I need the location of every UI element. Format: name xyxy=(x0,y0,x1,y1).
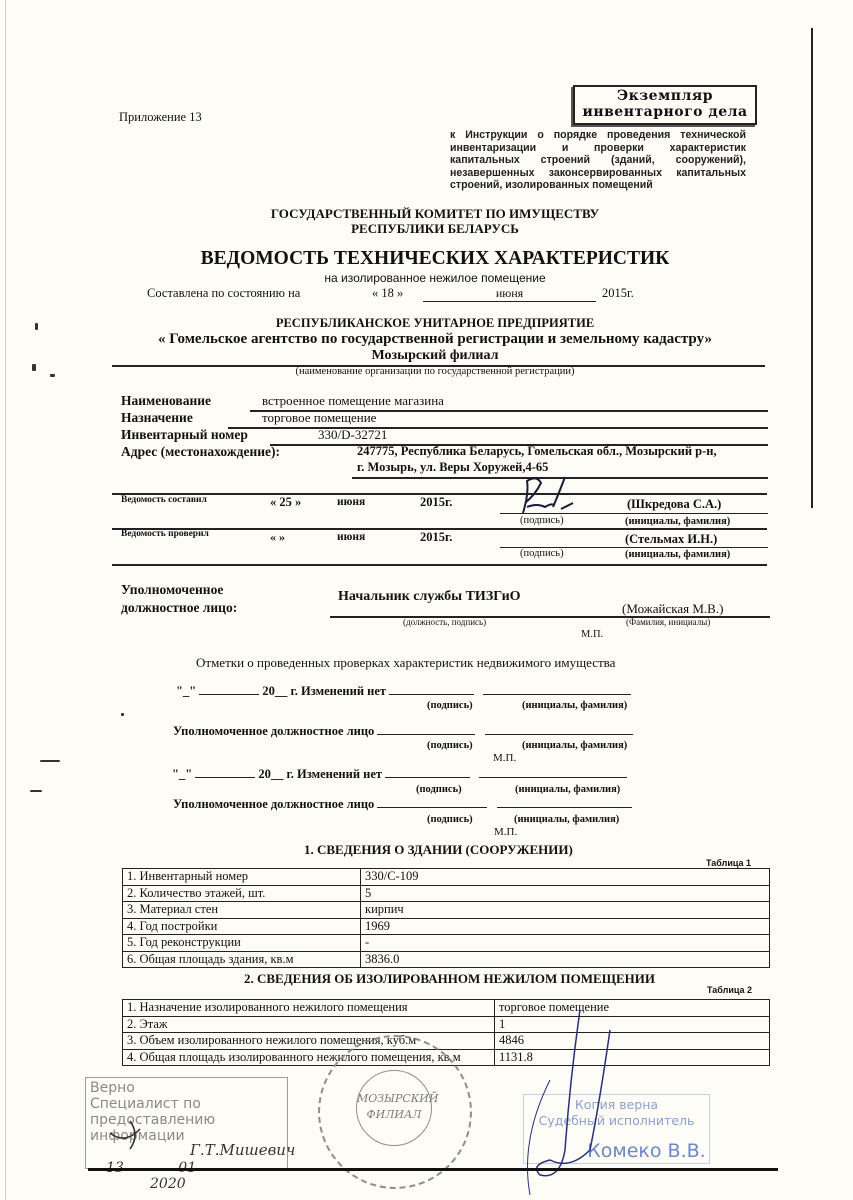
checked-year: 2015г. xyxy=(420,530,452,545)
table-row: 3. Материал стенкирпич xyxy=(123,902,770,919)
official-signature-blank[interactable] xyxy=(377,734,475,735)
organization-caption: (наименование организации по государстве… xyxy=(200,366,670,377)
compiled-day: « 25 » xyxy=(270,495,301,510)
document-subtitle: на изолированное нежилое помещение xyxy=(200,271,670,285)
table-row: 1. Инвентарный номер330/C-109 xyxy=(123,869,770,886)
purpose-value: торговое помещение xyxy=(262,410,376,426)
checker-name: (Стельмах И.Н.) xyxy=(625,532,717,547)
row-label: 3. Объем изолированного нежилого помещен… xyxy=(123,1033,495,1050)
signature-caption: (подпись) xyxy=(427,814,473,825)
authority-line: ГОСУДАРСТВЕННЫЙ КОМИТЕТ ПО ИМУЩЕСТВУ xyxy=(160,206,710,221)
check-1-official: Уполномоченное должностное лицо xyxy=(173,724,633,739)
table-row: 6. Общая площадь здания, кв.м3836.0 xyxy=(123,951,770,968)
scan-edge-left xyxy=(5,0,6,1200)
margin-mark xyxy=(50,374,55,377)
compiled-month: июня xyxy=(337,496,365,508)
name-label: Наименование xyxy=(121,393,211,409)
copy-stamp-line: Экземпляр xyxy=(575,88,755,104)
row-value: 330/C-109 xyxy=(361,869,770,886)
checked-day: « » xyxy=(270,530,285,545)
row-label: 5. Год реконструкции xyxy=(123,935,361,952)
official-label: Уполномоченное должностное лицо xyxy=(173,724,374,738)
signature-caption: (подпись) xyxy=(520,548,564,559)
name-caption: (Фамилия, инициалы) xyxy=(626,617,710,627)
authorized-label-1: Уполномоченное xyxy=(121,582,223,598)
check-signature-blank[interactable] xyxy=(385,777,470,778)
check-date-month-blank[interactable] xyxy=(199,694,259,695)
official-label: Уполномоченное должностное лицо xyxy=(173,797,374,811)
row-label: 1. Назначение изолированного нежилого по… xyxy=(123,1000,495,1017)
checked-month: июня xyxy=(337,531,365,543)
check-2-date: "_" 20__ г. Изменений нет xyxy=(172,767,627,782)
signature-caption: (подпись) xyxy=(427,740,473,751)
name-caption: (инициалы, фамилия) xyxy=(515,784,620,795)
row-label: 3. Материал стен xyxy=(123,902,361,919)
authority-line: РЕСПУБЛИКИ БЕЛАРУСЬ xyxy=(160,221,710,236)
cert-signature-mark xyxy=(100,1115,160,1155)
compiled-label: Ведомость составил xyxy=(121,495,207,505)
name-caption: (инициалы, фамилия) xyxy=(522,740,627,751)
table-row: 5. Год реконструкции- xyxy=(123,935,770,952)
table-row: 2. Количество этажей, шт.5 xyxy=(123,885,770,902)
official-signature-blank[interactable] xyxy=(377,807,487,808)
scan-edge-line xyxy=(811,28,813,508)
inventory-number-value: 330/D-32721 xyxy=(318,427,387,443)
signature-caption: (подпись) xyxy=(416,784,462,795)
seal-place: М.П. xyxy=(581,629,603,640)
table-row: 4. Год постройки1969 xyxy=(123,918,770,935)
divider xyxy=(228,427,768,429)
cert-signer: Г.Т.Мишевич xyxy=(190,1142,283,1158)
table2-caption: Таблица 2 xyxy=(707,985,752,995)
margin-mark xyxy=(40,760,60,762)
compiled-year: 2015г. xyxy=(420,495,452,510)
signature-caption: (подпись) xyxy=(520,515,564,526)
check-date-day: "_" xyxy=(172,767,192,781)
row-label: 4. Год постройки xyxy=(123,918,361,935)
check-name-blank[interactable] xyxy=(483,694,631,695)
margin-mark xyxy=(121,713,124,716)
authority-heading: ГОСУДАРСТВЕННЫЙ КОМИТЕТ ПО ИМУЩЕСТВУ РЕС… xyxy=(160,206,710,236)
signature-caption: (подпись) xyxy=(427,700,473,711)
name-value: встроенное помещение магазина xyxy=(262,393,444,409)
checks-title: Отметки о проведенных проверках характер… xyxy=(196,655,615,671)
authorized-label-2: должностное лицо: xyxy=(121,600,237,616)
document-title: ВЕДОМОСТЬ ТЕХНИЧЕСКИХ ХАРАКТЕРИСТИК xyxy=(120,248,750,270)
official-name-blank[interactable] xyxy=(497,807,632,808)
authorized-name: (Можайская М.В.) xyxy=(622,601,723,617)
table-row: 1. Назначение изолированного нежилого по… xyxy=(123,1000,770,1017)
name-caption: (инициалы, фамилия) xyxy=(625,516,730,527)
row-value: кирпич xyxy=(361,902,770,919)
name-caption: (инициалы, фамилия) xyxy=(522,700,627,711)
seal-text: ФИЛИАЛ xyxy=(357,1107,431,1123)
cert-date-year: 2020 xyxy=(150,1176,186,1192)
row-label: 2. Этаж xyxy=(123,1016,495,1033)
table1-caption: Таблица 1 xyxy=(706,858,751,868)
row-value: - xyxy=(361,935,770,952)
address-line-1: 247775, Республика Беларусь, Гомельская … xyxy=(357,444,717,459)
state-date-year: 2015г. xyxy=(602,286,634,301)
row-label: 6. Общая площадь здания, кв.м xyxy=(123,951,361,968)
check-date-month-blank[interactable] xyxy=(195,777,255,778)
name-caption: (инициалы, фамилия) xyxy=(625,549,730,560)
organization-name: « Гомельское агентство по государственно… xyxy=(120,331,750,348)
margin-mark xyxy=(35,323,38,330)
check-signature-blank[interactable] xyxy=(389,694,474,695)
margin-mark xyxy=(32,364,36,371)
appendix-label: Приложение 13 xyxy=(119,110,202,125)
divider xyxy=(500,513,768,514)
margin-mark xyxy=(30,790,42,792)
state-date-label: Составлена по состоянию на xyxy=(147,286,300,301)
divider xyxy=(112,564,767,566)
seal-text: МОЗЫРСКИЙ xyxy=(357,1091,431,1107)
name-caption: (инициалы, фамилия) xyxy=(514,814,619,825)
seal-place: М.П. xyxy=(493,752,516,764)
position-caption: (должность, подпись) xyxy=(403,617,486,627)
instruction-reference: к Инструкции о порядке проведения технич… xyxy=(450,129,746,192)
copy-stamp-line: инвентарного дела xyxy=(575,104,755,120)
official-name-blank[interactable] xyxy=(485,734,633,735)
inventory-copy-stamp: Экземпляр инвентарного дела xyxy=(573,85,757,125)
state-date-day: « 18 » xyxy=(372,286,403,301)
check-2-official: Уполномоченное должностное лицо xyxy=(173,797,632,812)
compiler-name: (Шкредова С.А.) xyxy=(627,497,721,512)
seal-place: М.П. xyxy=(494,826,517,838)
check-1-date: "_" 20__ г. Изменений нет xyxy=(176,684,631,699)
address-label: Адрес (местонахождение): xyxy=(121,444,280,460)
row-label: 1. Инвентарный номер xyxy=(123,869,361,886)
seal-center: МОЗЫРСКИЙ ФИЛИАЛ xyxy=(356,1070,432,1146)
row-value: 1969 xyxy=(361,918,770,935)
authorized-position: Начальник службы ТИЗГиО xyxy=(338,589,521,605)
table1-title: 1. СВЕДЕНИЯ О ЗДАНИИ (СООРУЖЕНИИ) xyxy=(304,842,573,858)
row-value: 3836.0 xyxy=(361,951,770,968)
check-date-day: "_" xyxy=(176,684,196,698)
check-year-text: 20__ г. Изменений нет xyxy=(258,767,382,781)
state-date-month: июня xyxy=(423,286,596,302)
inventory-number-label: Инвентарный номер xyxy=(121,427,248,443)
check-name-blank[interactable] xyxy=(479,777,627,778)
table2-title: 2. СВЕДЕНИЯ ОБ ИЗОЛИРОВАННОМ НЕЖИЛОМ ПОМ… xyxy=(244,971,655,987)
purpose-label: Назначение xyxy=(121,410,193,426)
table-row: 3. Объем изолированного нежилого помещен… xyxy=(123,1033,770,1050)
organization-type: РЕСПУБЛИКАНСКОЕ УНИТАРНОЕ ПРЕДПРИЯТИЕ xyxy=(150,316,720,331)
cert-line: Верно xyxy=(90,1080,283,1096)
row-value: 5 xyxy=(361,885,770,902)
check-year-text: 20__ г. Изменений нет xyxy=(262,684,386,698)
checked-label: Ведомость проверил xyxy=(121,529,209,539)
table-row: 2. Этаж1 xyxy=(123,1016,770,1033)
bottom-rule xyxy=(88,1168,778,1171)
building-info-table: 1. Инвентарный номер330/C-1092. Количест… xyxy=(122,868,770,968)
row-label: 2. Количество этажей, шт. xyxy=(123,885,361,902)
organization-branch: Мозырский филиал xyxy=(300,348,570,364)
